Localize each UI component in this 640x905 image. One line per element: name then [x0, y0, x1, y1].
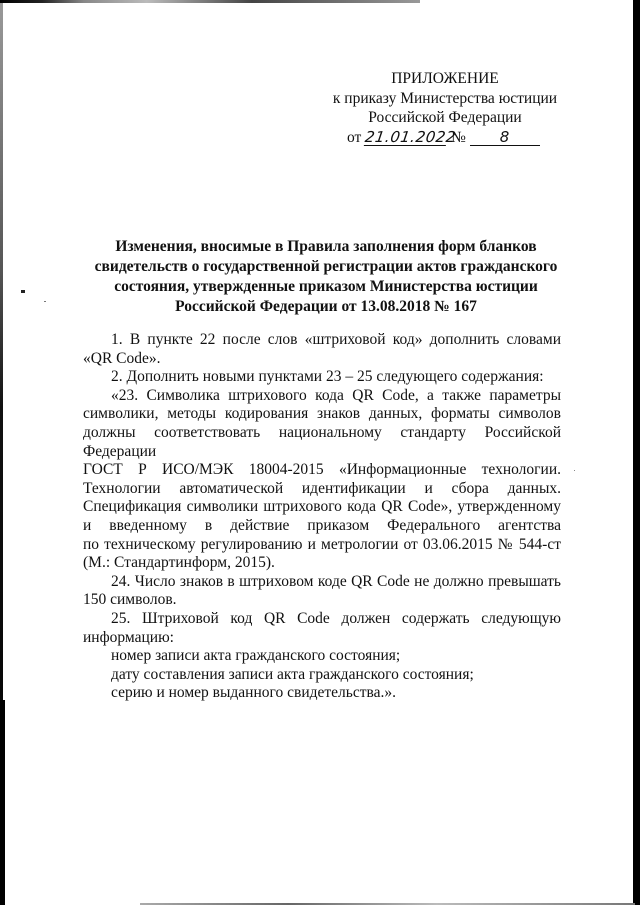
approval-date-number-line: от 21.01.2022 № 8	[320, 128, 570, 148]
body-line: «QR Code».	[83, 350, 561, 369]
list-item: номер записи акта гражданского состояния…	[83, 647, 561, 666]
scan-speck	[44, 301, 46, 302]
body-line-item-25: 25. Штриховой код QR Code должен содержа…	[83, 610, 561, 629]
body-line: должны соответствовать национальному ста…	[83, 424, 561, 461]
title-line: Изменения, вносимые в Правила заполнения…	[80, 237, 572, 257]
body-line: символики, методы кодирования знаков дан…	[83, 405, 561, 424]
list-item: серию и номер выданного свидетельства.».	[83, 684, 561, 703]
body-line: 150 символов.	[83, 591, 561, 610]
body-line: (М.: Стандартинформ, 2015).	[83, 554, 561, 573]
body-line: и введенному в действие приказом Федерал…	[83, 517, 561, 536]
body-line: по техническому регулированию и метролог…	[83, 536, 561, 555]
body-line-item-24: 24. Число знаков в штриховом коде QR Cod…	[83, 573, 561, 592]
handwritten-number: 8	[470, 129, 540, 146]
approval-heading: ПРИЛОЖЕНИЕ	[320, 69, 570, 89]
body-line: Спецификация символики штрихового кода Q…	[83, 498, 561, 517]
scan-speck	[574, 470, 575, 471]
approval-ministry-line: Российской Федерации	[320, 108, 570, 128]
list-item: дату составления записи акта гражданског…	[83, 666, 561, 685]
title-line: состояния, утвержденные приказом Министе…	[80, 277, 572, 297]
date-prefix: от	[347, 129, 361, 146]
body-line: ГОСТ Р ИСО/МЭК 18004-2015 «Информационны…	[83, 461, 561, 480]
document-title: Изменения, вносимые в Правила заполнения…	[80, 237, 572, 317]
approval-order-line: к приказу Министерства юстиции	[320, 89, 570, 109]
scan-border-right	[633, 0, 640, 905]
approval-block: ПРИЛОЖЕНИЕ к приказу Министерства юстици…	[320, 69, 570, 147]
body-line-item-23: «23. Символика штрихового кода QR Code, …	[83, 387, 561, 406]
scan-border-top	[0, 0, 420, 3]
body-line-item-2: 2. Дополнить новыми пунктами 23 – 25 сле…	[83, 368, 561, 387]
scan-speck	[21, 290, 25, 293]
title-line: свидетельств о государственной регистрац…	[80, 257, 572, 277]
body-line-item-1: 1. В пункте 22 после слов «штриховой код…	[83, 331, 561, 350]
handwritten-date: 21.01.2022	[364, 129, 448, 146]
scan-border-left-bottom	[0, 700, 5, 905]
body-line: Технологии автоматической идентификации …	[83, 480, 561, 499]
title-line: Российской Федерации от 13.08.2018 № 167	[80, 297, 572, 317]
document-body: 1. В пункте 22 после слов «штриховой код…	[83, 331, 561, 703]
body-line: информацию:	[83, 629, 561, 648]
